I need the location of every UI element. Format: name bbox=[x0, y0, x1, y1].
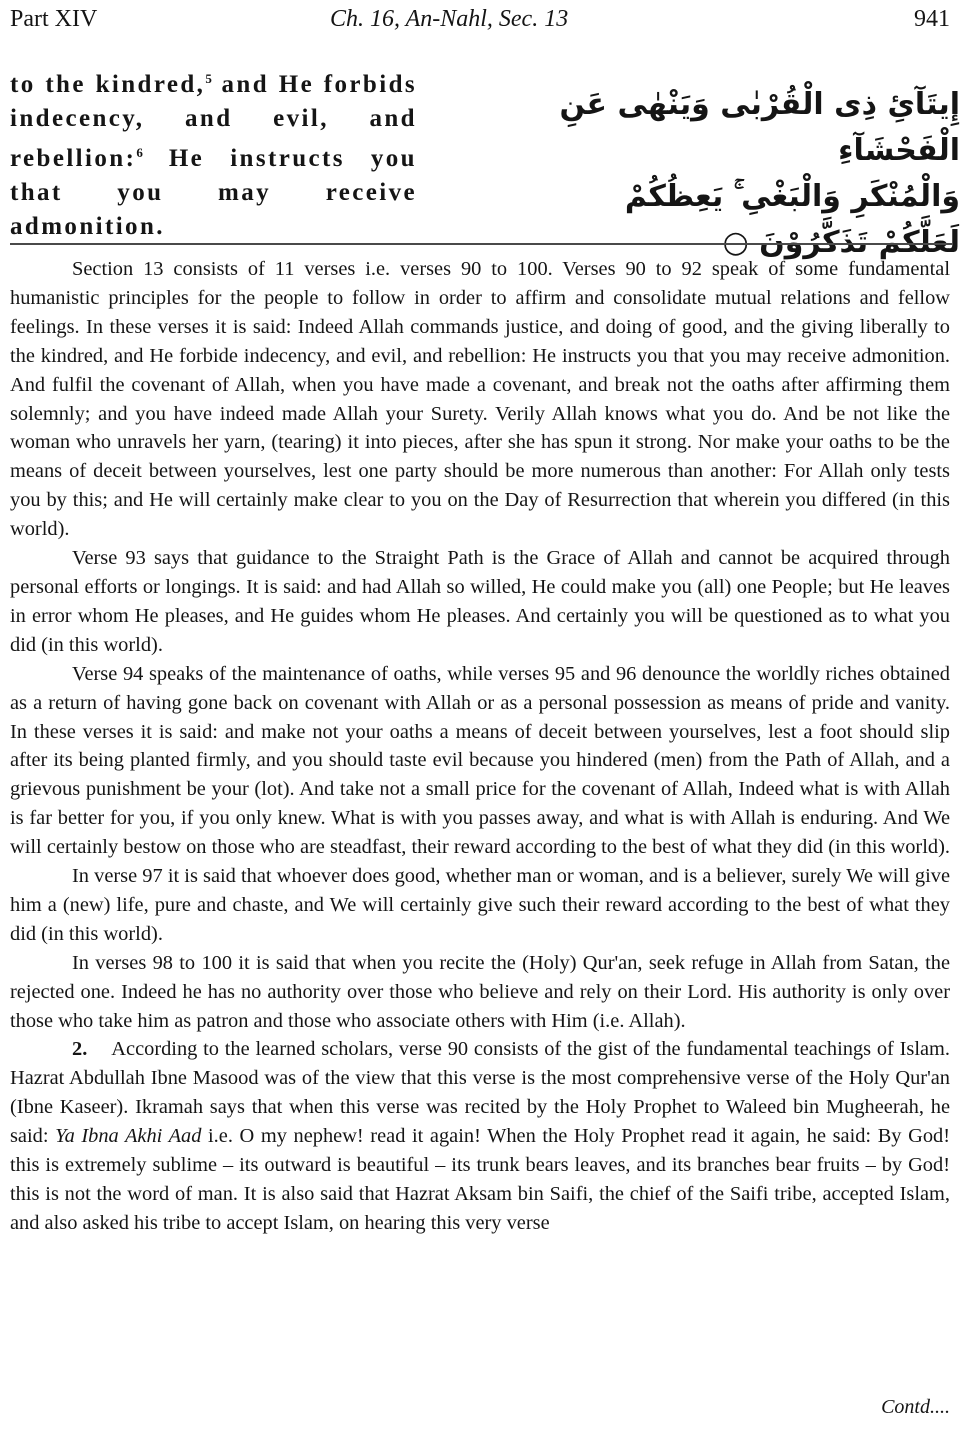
verse-block: to the kindred,5 and He forbids indecenc… bbox=[10, 62, 950, 240]
page-number: 941 bbox=[914, 2, 950, 36]
commentary-paragraph: Verse 94 speaks of the maintenance of oa… bbox=[10, 660, 950, 862]
commentary-paragraph: Verse 93 says that guidance to the Strai… bbox=[10, 544, 950, 660]
continued-marker: Contd.... bbox=[881, 1396, 950, 1419]
verse-translation: to the kindred,5 and He forbids indecenc… bbox=[10, 62, 417, 244]
commentary-paragraph: Section 13 consists of 11 verses i.e. ve… bbox=[10, 255, 950, 544]
running-header: Part XIV Ch. 16, An-Nahl, Sec. 13 941 bbox=[10, 2, 950, 36]
note-number: 2. bbox=[72, 1038, 87, 1060]
arabic-line-2: وَالْمُنْكَرِ وَالْبَغْىِ ۚ يَعِظُكُمْ ل… bbox=[540, 174, 960, 266]
commentary: Section 13 consists of 11 verses i.e. ve… bbox=[10, 255, 950, 1238]
section-divider bbox=[10, 243, 952, 245]
commentary-paragraph: In verse 97 it is said that whoever does… bbox=[10, 862, 950, 949]
note-paragraph-2: 2.According to the learned scholars, ver… bbox=[10, 1035, 950, 1237]
verse-arabic: إِيتَآئِ ذِى الْقُرْبٰى وَيَنْهٰى عَنِ ا… bbox=[540, 82, 960, 266]
arabic-line-1: إِيتَآئِ ذِى الْقُرْبٰى وَيَنْهٰى عَنِ ا… bbox=[540, 82, 960, 174]
chapter-label: Ch. 16, An-Nahl, Sec. 13 bbox=[330, 2, 568, 36]
transliteration: Ya Ibna Akhi Aad bbox=[55, 1125, 201, 1147]
commentary-paragraph: In verses 98 to 100 it is said that when… bbox=[10, 949, 950, 1036]
part-label: Part XIV bbox=[10, 2, 97, 36]
